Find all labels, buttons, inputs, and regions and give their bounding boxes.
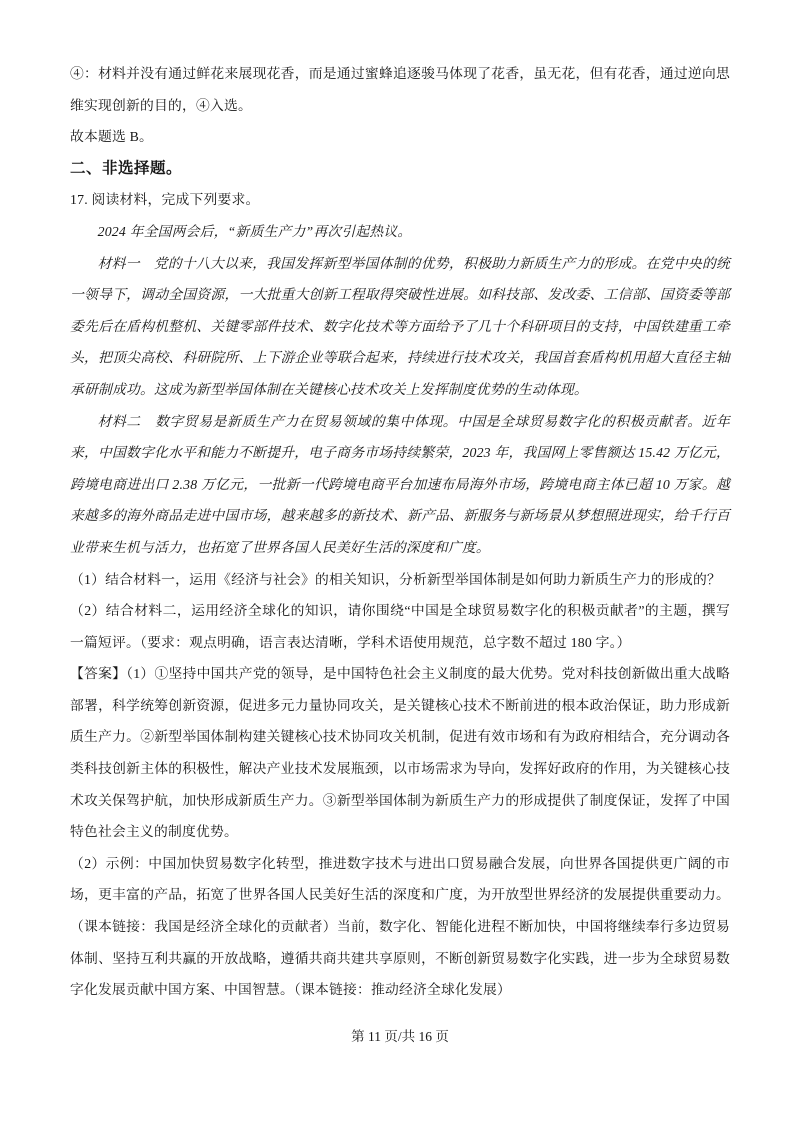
page-footer: 第 11 页/共 16 页 bbox=[70, 1027, 730, 1047]
sub-question-1: （1）结合材料一，运用《经济与社会》的相关知识，分析新型举国体制是如何助力新质生… bbox=[70, 564, 730, 596]
document-page: ④：材料并没有通过鲜花来展现花香，而是通过蜜蜂追逐骏马体现了花香，虽无花，但有花… bbox=[0, 0, 800, 1131]
answer-part-1: 【答案】（1）①坚持中国共产党的领导，是中国特色社会主义制度的最大优势。党对科技… bbox=[70, 658, 730, 848]
sub-question-2: （2）结合材料二，运用经济全球化的知识，请你围绕“中国是全球贸易数字化的积极贡献… bbox=[70, 595, 730, 658]
answer-explanation-point4: ④：材料并没有通过鲜花来展现花香，而是通过蜜蜂追逐骏马体现了花香，虽无花，但有花… bbox=[70, 58, 730, 121]
question-17-stem: 17. 阅读材料，完成下列要求。 bbox=[70, 184, 730, 216]
material-1-text: 材料一 党的十八大以来，我国发挥新型举国体制的优势，积极助力新质生产力的形成。在… bbox=[70, 248, 730, 406]
material-2-text: 材料二 数字贸易是新质生产力在贸易领域的集中体现。中国是全球贸易数字化的积极贡献… bbox=[70, 406, 730, 564]
question-17-intro: 2024 年全国两会后，“新质生产力”再次引起热议。 bbox=[70, 216, 730, 248]
answer-part-2: （2）示例：中国加快贸易数字化转型，推进数字技术与进出口贸易融合发展，向世界各国… bbox=[70, 848, 730, 1006]
section-heading: 二、非选择题。 bbox=[70, 153, 730, 185]
answer-conclusion: 故本题选 B。 bbox=[70, 121, 730, 153]
